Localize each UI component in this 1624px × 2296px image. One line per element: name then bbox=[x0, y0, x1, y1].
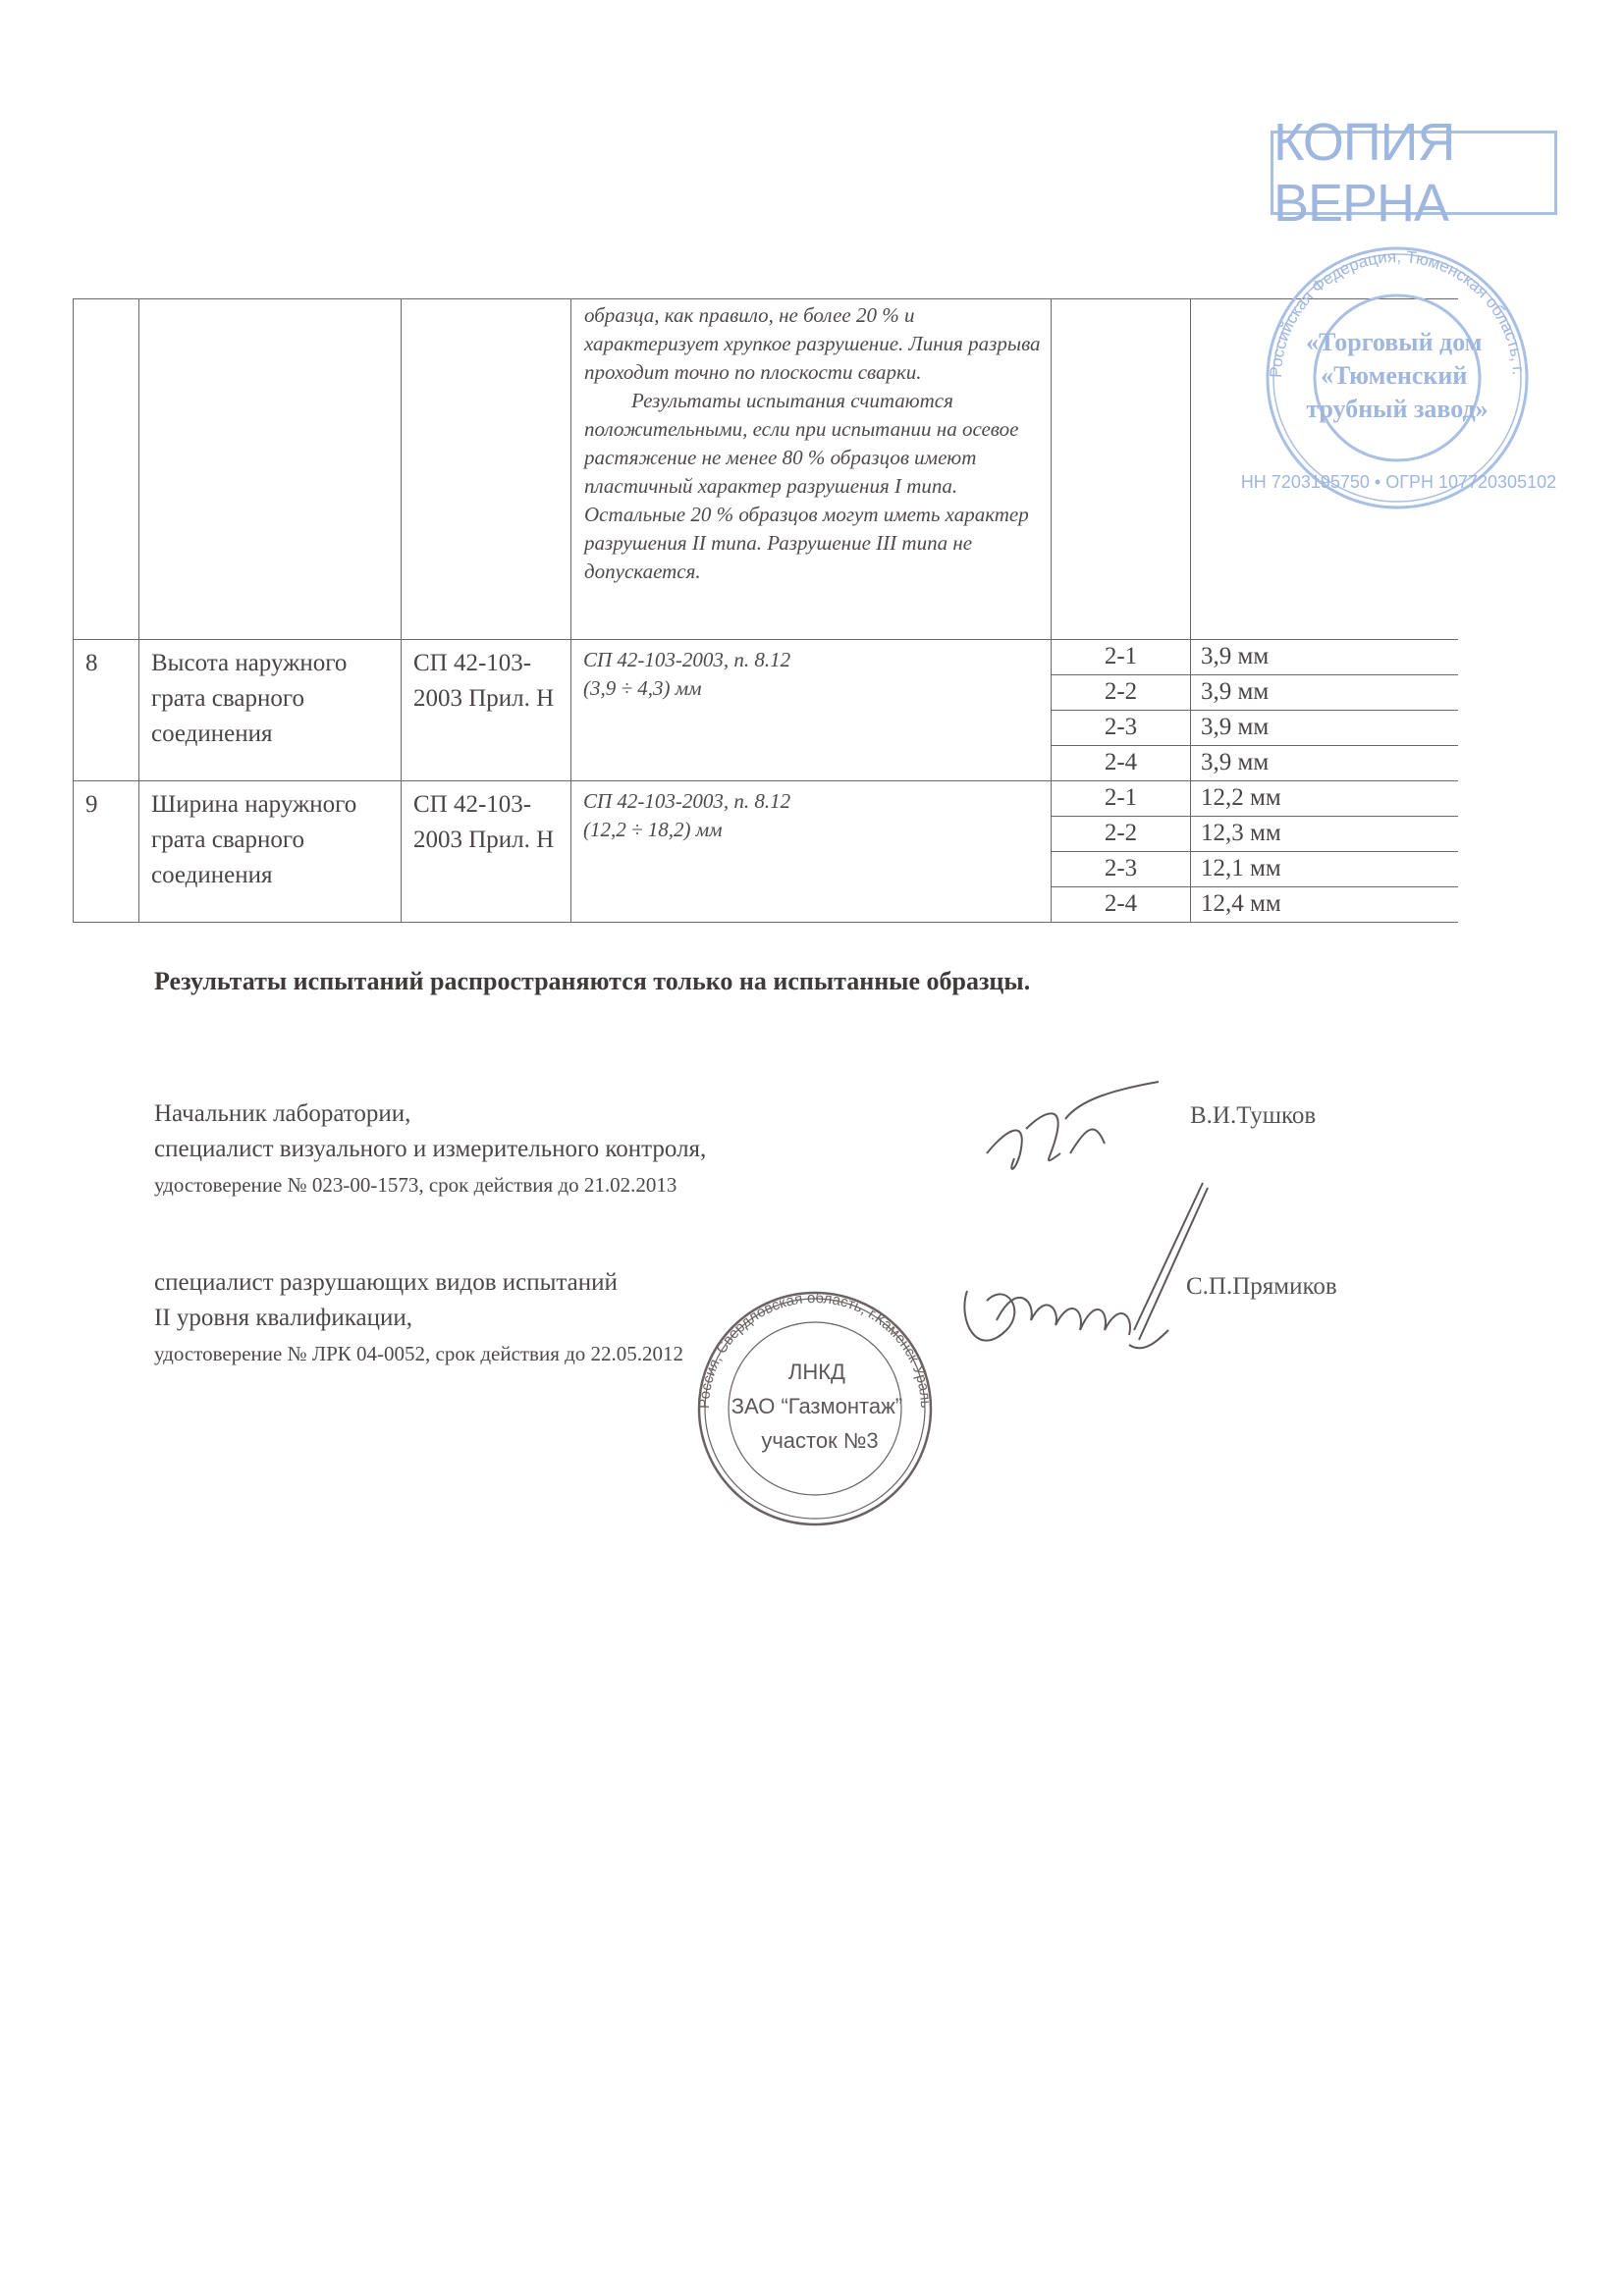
cell-value: 12,4 мм bbox=[1191, 887, 1458, 923]
cell-value: 12,3 мм bbox=[1191, 817, 1458, 852]
cell-value: 3,9 мм bbox=[1191, 640, 1458, 675]
requirement-paragraph: Результаты испытания считаются положител… bbox=[584, 387, 1043, 586]
cell-sample: 2-2 bbox=[1052, 675, 1191, 711]
cell-sample: 2-3 bbox=[1052, 711, 1191, 746]
seal-bottom-text: ИНН 7203195750 • ОГРН 1077203051021 bbox=[1242, 472, 1556, 492]
table-row: 9 Ширина наружного грата сварного соедин… bbox=[74, 781, 1458, 817]
signatory-title: Начальник лаборатории, bbox=[154, 1096, 706, 1132]
company-seal-stamp: Российская Федерация, Тюменская область,… bbox=[1242, 231, 1556, 515]
cell-parameter bbox=[139, 299, 402, 640]
cell-value: 3,9 мм bbox=[1191, 746, 1458, 781]
svg-text:«Торговый дом «Тюменский: «Торговый дом «Тюменский трубный завод» bbox=[1306, 328, 1489, 423]
signature-block-head: Начальник лаборатории, специалист визуал… bbox=[154, 1096, 706, 1202]
signatory-title: II уровня квалификации, bbox=[154, 1301, 683, 1336]
cell-standard bbox=[402, 299, 571, 640]
certificate-info: удостоверение № ЛРК 04-0052, срок действ… bbox=[154, 1336, 683, 1371]
cell-sample: 2-4 bbox=[1052, 887, 1191, 923]
signature-block-specialist: специалист разрушающих видов испытаний I… bbox=[154, 1265, 683, 1371]
cell-value: 12,1 мм bbox=[1191, 852, 1458, 887]
svg-text:ЛНКД ЗАО “Газмонтаж” у: ЛНКД ЗАО “Газмонтаж” участок №3 bbox=[731, 1360, 909, 1453]
requirement-paragraph: образца, как правило, не более 20 % и ха… bbox=[584, 301, 1043, 387]
cell-number bbox=[74, 299, 139, 640]
cell-sample: 2-3 bbox=[1052, 852, 1191, 887]
cell-number: 8 bbox=[74, 640, 139, 781]
table-row: 8 Высота наружного грата сварного соедин… bbox=[74, 640, 1458, 675]
cell-sample bbox=[1052, 299, 1191, 640]
cell-requirement: образца, как правило, не более 20 % и ха… bbox=[571, 299, 1052, 640]
signatory-name: В.И.Тушков bbox=[1190, 1102, 1316, 1130]
cell-requirement: СП 42-103-2003, п. 8.12 (3,9 ÷ 4,3) мм bbox=[571, 640, 1052, 781]
cell-sample: 2-1 bbox=[1052, 781, 1191, 817]
requirement-ref: СП 42-103-2003, п. 8.12 bbox=[583, 646, 1043, 674]
cell-value: 3,9 мм bbox=[1191, 675, 1458, 711]
cell-standard: СП 42-103-2003 Прил. Н bbox=[402, 781, 571, 923]
cell-parameter: Ширина наружного грата сварного соединен… bbox=[139, 781, 402, 923]
certificate-info: удостоверение № 023-00-1573, срок действ… bbox=[154, 1167, 706, 1202]
cell-sample: 2-1 bbox=[1052, 640, 1191, 675]
signatory-title: специалист разрушающих видов испытаний bbox=[154, 1265, 683, 1301]
disclaimer-text: Результаты испытаний распространяются то… bbox=[154, 967, 1030, 996]
svg-text:Россия, Свердловская область,: Россия, Свердловская область, г.Каменск-… bbox=[687, 1291, 934, 1409]
cell-number: 9 bbox=[74, 781, 139, 923]
requirement-ref: СП 42-103-2003, п. 8.12 bbox=[583, 787, 1043, 816]
cell-parameter: Высота наружного грата сварного соединен… bbox=[139, 640, 402, 781]
cell-standard: СП 42-103-2003 Прил. Н bbox=[402, 640, 571, 781]
cell-sample: 2-2 bbox=[1052, 817, 1191, 852]
lab-seal-stamp: Россия, Свердловская область, г.Каменск-… bbox=[687, 1291, 982, 1526]
cell-value: 12,2 мм bbox=[1191, 781, 1458, 817]
requirement-range: (3,9 ÷ 4,3) мм bbox=[583, 674, 1043, 703]
requirement-range: (12,2 ÷ 18,2) мм bbox=[583, 816, 1043, 844]
signatory-title: специалист визуального и измерительного … bbox=[154, 1132, 706, 1167]
cell-sample: 2-4 bbox=[1052, 746, 1191, 781]
cell-requirement: СП 42-103-2003, п. 8.12 (12,2 ÷ 18,2) мм bbox=[571, 781, 1052, 923]
seal-ring-text: Россия, Свердловская область, г.Каменск-… bbox=[687, 1291, 934, 1409]
cell-value: 3,9 мм bbox=[1191, 711, 1458, 746]
copy-certified-stamp: КОПИЯ ВЕРНА bbox=[1271, 131, 1557, 215]
